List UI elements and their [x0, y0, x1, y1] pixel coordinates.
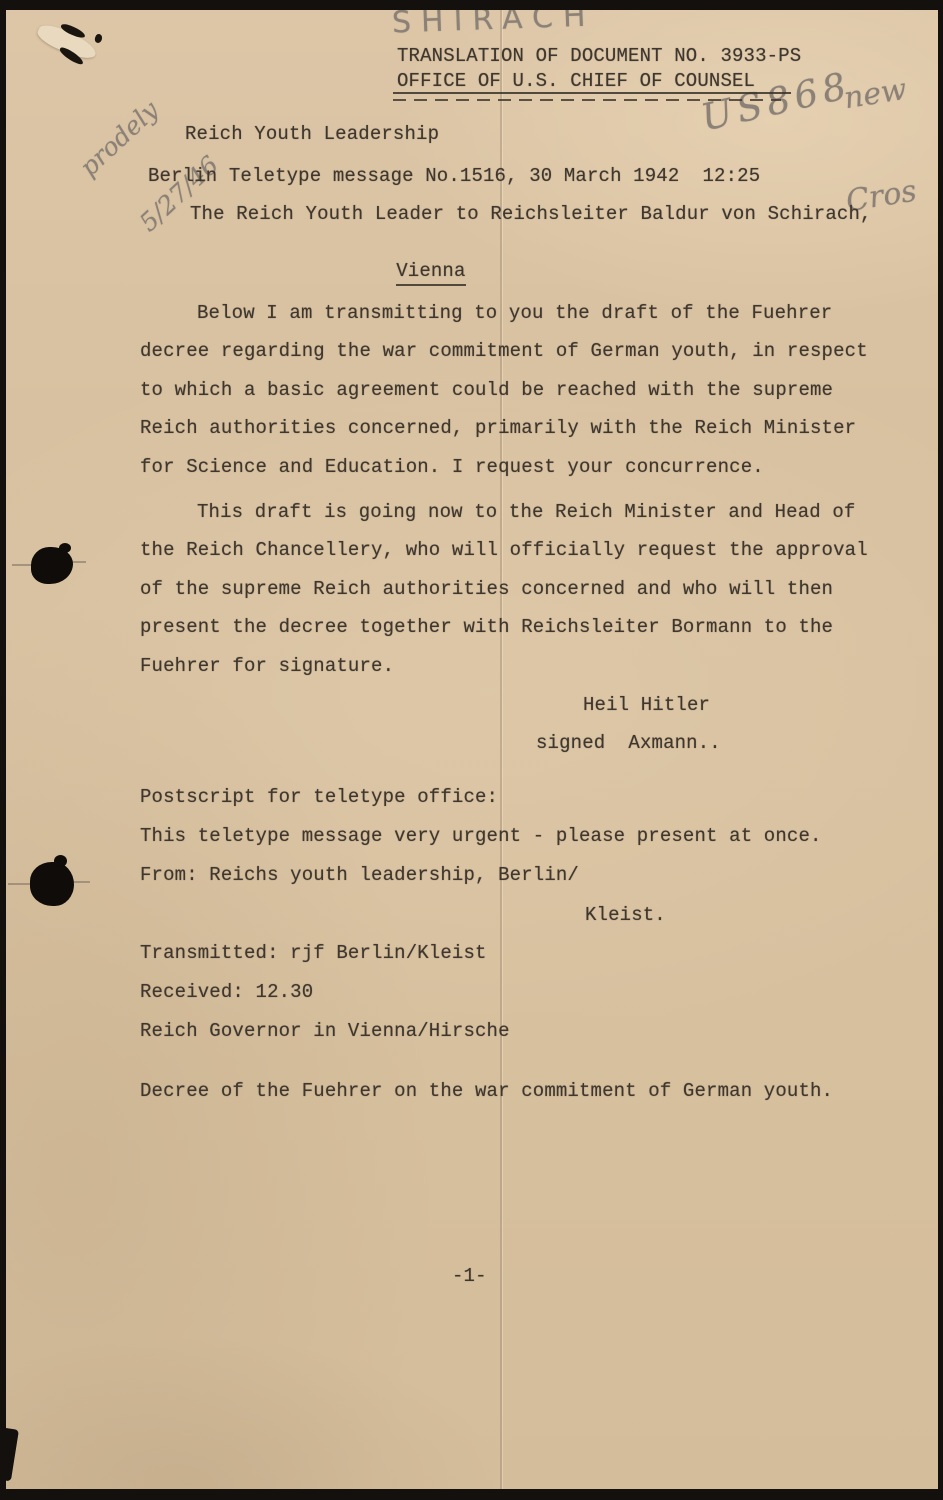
- handwritten-corner-note: new Cros: [817, 6, 935, 287]
- postscript-transmitted: Transmitted: rjf Berlin/Kleist: [140, 943, 487, 964]
- document-page: SHIRACH new Cros US868 prodely 5/27/46 T…: [0, 0, 943, 1500]
- closing-signature: signed Axmann..: [536, 733, 721, 754]
- postscript-received: Received: 12.30: [140, 982, 313, 1003]
- para2-line: This draft is going now to the Reich Min…: [197, 502, 855, 523]
- org-name: Reich Youth Leadership: [185, 124, 439, 145]
- para2-line: present the decree together with Reichsl…: [140, 617, 833, 638]
- closing-salute: Heil Hitler: [583, 695, 710, 716]
- stamp-line-2: OFFICE OF U.S. CHIEF OF COUNSEL: [397, 71, 755, 92]
- para1-line: Reich authorities concerned, primarily w…: [140, 418, 856, 439]
- para2-line: Fuehrer for signature.: [140, 656, 394, 677]
- scan-edge-top: [0, 0, 943, 10]
- pencil-tick: [71, 561, 86, 563]
- postscript-urgency: This teletype message very urgent - plea…: [140, 826, 822, 847]
- punch-hole: [31, 547, 73, 584]
- vertical-fold-crease: [500, 0, 502, 1500]
- postscript-governor: Reich Governor in Vienna/Hirsche: [140, 1021, 510, 1042]
- scan-edge-left: [0, 0, 6, 1500]
- city-name: Vienna: [350, 241, 466, 262]
- para1-line: to which a basic agreement could be reac…: [140, 380, 833, 401]
- subject-line: Decree of the Fuehrer on the war commitm…: [140, 1081, 833, 1102]
- pencil-tick: [72, 881, 90, 883]
- stamp-underline: [393, 92, 791, 94]
- para2-line: of the supreme Reich authorities concern…: [140, 579, 833, 600]
- city-name-text: Vienna: [396, 260, 465, 286]
- scan-edge-bottom: [0, 1489, 943, 1500]
- page-number: -1-: [452, 1266, 487, 1287]
- addressee-line: The Reich Youth Leader to Reichsleiter B…: [190, 204, 872, 225]
- scanned-document: { "colors": { "paper": "#d8c1a0", "typew…: [0, 0, 943, 1500]
- postscript-sender: Kleist.: [585, 905, 666, 926]
- stamp-dashed-underline: [393, 99, 781, 101]
- postscript-from: From: Reichs youth leadership, Berlin/: [140, 865, 579, 886]
- ink-mark: [94, 33, 104, 44]
- punch-hole: [30, 862, 74, 906]
- para1-line: for Science and Education. I request you…: [140, 457, 764, 478]
- para1-line: decree regarding the war commitment of G…: [140, 341, 868, 362]
- teletype-line: Berlin Teletype message No.1516, 30 Marc…: [148, 166, 760, 187]
- stamp-line-1: TRANSLATION OF DOCUMENT NO. 3933-PS: [397, 46, 801, 67]
- para1-line: Below I am transmitting to you the draft…: [197, 303, 832, 324]
- scan-edge-right: [938, 0, 943, 1500]
- postscript-title: Postscript for teletype office:: [140, 787, 498, 808]
- para2-line: the Reich Chancellery, who will official…: [140, 540, 868, 561]
